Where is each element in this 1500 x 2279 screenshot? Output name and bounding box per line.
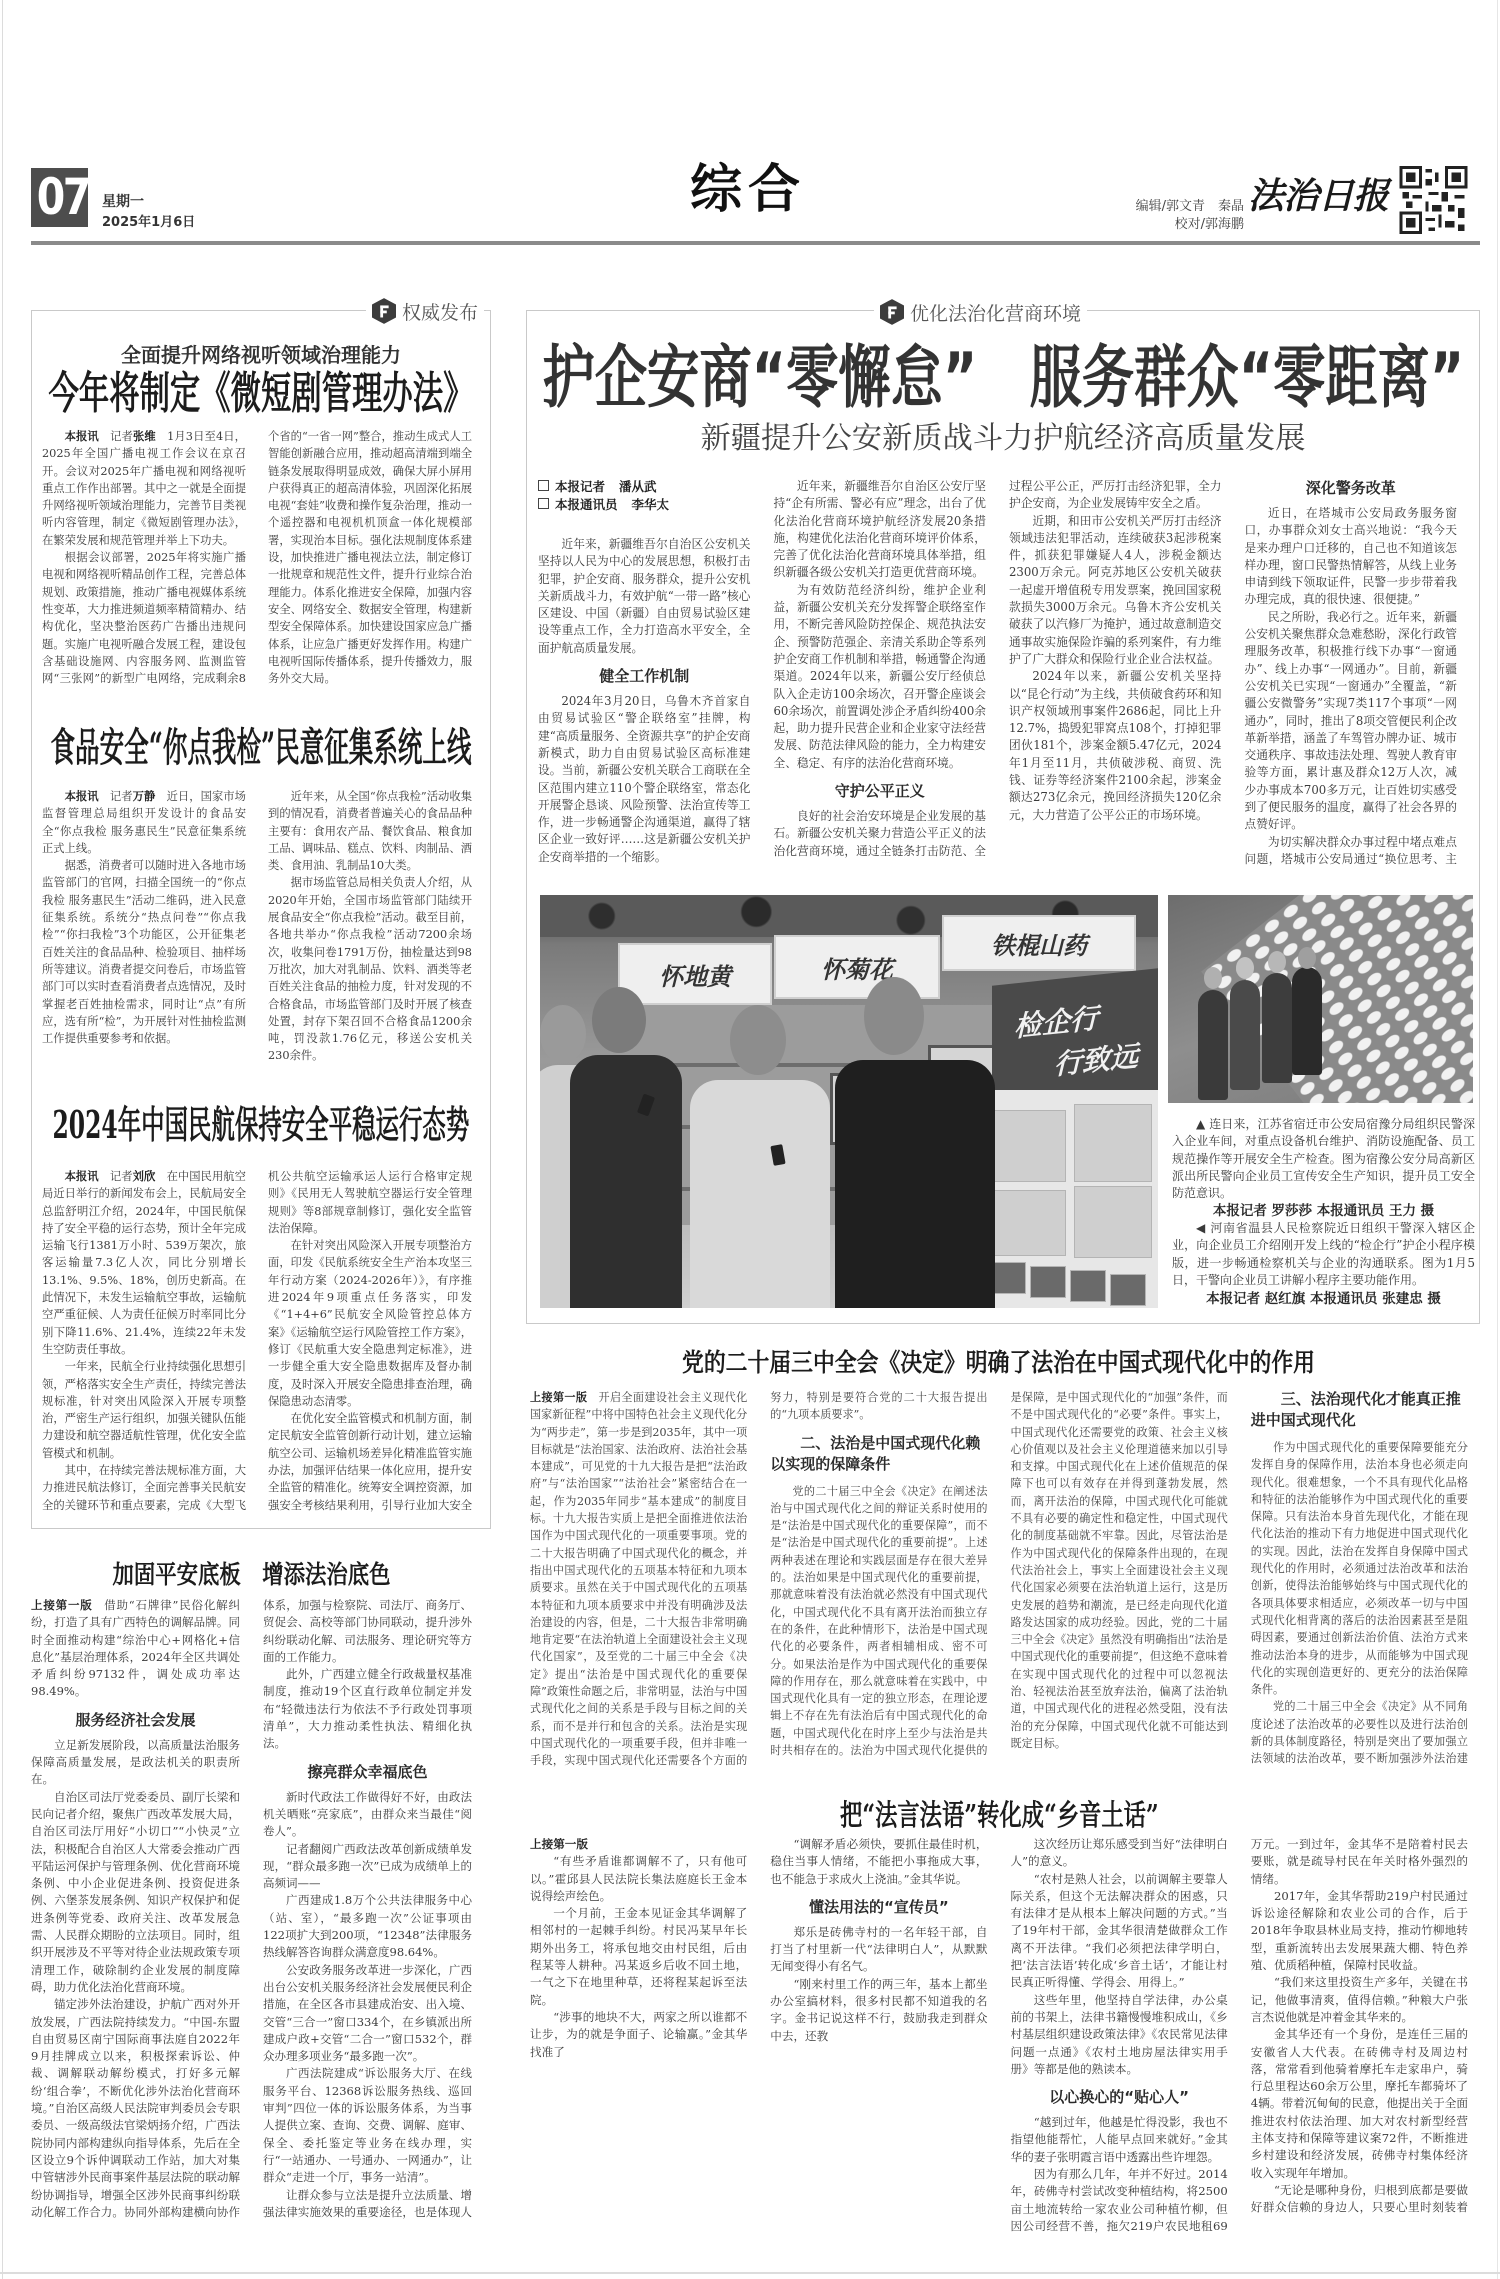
poster-button (1070, 1270, 1106, 1302)
caption-text: 连日来，江苏省宿迁市公安局宿豫分局组织民警深入企业车间，对重点设备机台维护、消防… (1172, 1117, 1475, 1200)
article-d-headline: 加固平安底板 增添法治底色 (31, 1560, 472, 1590)
feature-body: 本报记者潘从武 本报通讯员李华太 近年来，新疆维吾尔自治区公安机关坚持以人民为中… (538, 478, 1457, 882)
feature-subtitle: 新疆提升公安新质战斗力护航经济高质量发展 (526, 422, 1480, 456)
paragraph: 上接第一版借助“石牌律”民俗化解纠纷，打造了具有广西特色的调解品牌。同时全面推动… (31, 1597, 240, 1701)
weekday: 星期一 (102, 191, 144, 211)
paragraph: 郑乐是砖佛寺村的一名年轻干部，自打当了村里新一代“法律明白人”，从默默无闻变得小… (770, 1924, 987, 1976)
paragraph-text: 在中国民用航空局近日举行的新闻发布会上，民航局安全总监舒明江介绍，2024年，中… (42, 1170, 246, 1356)
photo-police-factory-inspection (1168, 895, 1473, 1103)
header-rule (31, 241, 1480, 245)
subheading: 以心换心的“贴心人” (1011, 2087, 1228, 2107)
photo-prosecutors-with-employees: 怀地黄 怀菊花 铁棍山药 检企行 行致远 (540, 895, 1158, 1308)
poster-panel (994, 1190, 1066, 1256)
paragraph: 本报讯记者万静近日，国家市场监督管理总局组织开发设计的食品安全“你点我检 服务惠… (42, 788, 246, 857)
article-c-headline: 2024年中国民航保持安全平稳运行态势 (31, 1103, 491, 1147)
dateline: 本报讯 (65, 1170, 99, 1183)
editor-credit: 编辑/郭文青 秦晶 (1080, 195, 1244, 214)
paragraph: 近年来，从全国“你点我检”活动收集到的情况看，消费者普遍关心的食品品种主要有：食… (268, 788, 472, 874)
paragraph: “调解矛盾必须快，要抓住最佳时机，稳住当事人情绪，不能把小事拖成大事，也不能急于… (770, 1836, 987, 1888)
paragraph: “我们来这里投资生产多年，关键在书记，他做事清爽，值得信赖。”种粮大户张言杰说他… (1251, 1974, 1468, 2026)
paragraph: 自治区司法厅党委委员、副厅长梁和民向记者介绍，聚焦广西改革发展大局，自治区司法厅… (31, 1789, 240, 1997)
paragraph: 这些年里，他坚持自学法律，办公桌前的书架上，法律书籍慢慢堆积成山，《乡村基层组织… (1011, 1992, 1228, 2078)
byline-label: 本报记者 (555, 479, 605, 494)
spacer (538, 514, 751, 536)
paragraph: 作为中国式现代化的重要保障要能充分发挥自身的保障作用，法治本身也必须走向现代化。… (1251, 1439, 1468, 1698)
article-g-headline: 把“法言法语”转化成“乡音土话” (530, 1798, 1468, 1832)
feature-headline: 护企安商“零懈怠” 服务群众“零距离” (526, 341, 1480, 417)
paragraph: 2017年，金其华帮助219户村民通过诉讼途径解除和农业公司的合作，后于2018… (1251, 1888, 1468, 1974)
photo-credit-2: 本报记者 赵红旗 本报通讯员 张建忠 摄 (1172, 1287, 1475, 1307)
paragraph: 上接第一版 (530, 1836, 747, 1853)
article-a-subtitle-text: 全面提升网络视听领域治理能力 (121, 343, 401, 367)
poster-button (1030, 1266, 1066, 1298)
article-b-headline-text: 食品安全“你点我检”民意征集系统上线 (51, 725, 472, 771)
subheading: 擦亮群众幸福底色 (263, 1762, 472, 1782)
arrow-up-icon: ▲ (1196, 1117, 1205, 1131)
page-border-right (1497, 0, 1498, 2279)
qr-code-icon (1399, 166, 1468, 234)
article-d-body: 上接第一版借助“石牌律”民俗化解纠纷，打造了具有广西特色的调解品牌。同时全面推动… (31, 1597, 472, 2233)
paragraph: 2024年3月20日，乌鲁木齐首家自由贸易试验区“警企联络室”挂牌，构建“高质量… (538, 693, 751, 866)
person-figure (570, 1055, 682, 1308)
person-figure (690, 1080, 830, 1308)
photo-sign-text: 铁棍山药 (991, 926, 1087, 961)
issue-date: 2025年1月6日 (102, 211, 195, 230)
paragraph: 公安政务服务改革进一步深化，广西出台公安机关服务经济社会发展便民利企措施，在全区… (263, 1962, 472, 2066)
page-number-badge: 07 (31, 168, 88, 227)
person-head (1236, 957, 1254, 979)
article-a-subtitle: 全面提升网络视听领域治理能力 (31, 343, 491, 367)
paragraph: 在针对突出风险深入开展专项整治方面，印发《民航系统安全生产治本攻坚三年行动方案（… (268, 1237, 472, 1410)
poster-line: 行致远 (1054, 1034, 1138, 1083)
photo-sign-text: 怀地黄 (659, 957, 731, 992)
proofreader-credit: 校对/郭海鹏 (1080, 213, 1244, 232)
paragraph-text: 借助“石牌律”民俗化解纠纷，打造了具有广西特色的调解品牌。同时全面推动构建“综治… (31, 1598, 240, 1698)
photo-credit-1: 本报记者 罗莎莎 本报通讯员 王力 摄 (1172, 1199, 1475, 1219)
page-border-bottom (0, 2272, 1500, 2274)
newspaper-page: 07 星期一 2025年1月6日 综合 编辑/郭文青 秦晶 校对/郭海鹏 法治日… (0, 0, 1500, 2279)
paragraph: 近期，和田市公安机关严厉打击经济领域违法犯罪活动，连续破获3起涉税案件，抓获犯罪… (1009, 513, 1222, 669)
photo-poster-board (978, 1090, 1158, 1308)
dateline: 本报讯 (65, 790, 99, 803)
feature-kicker: 优化法治化营商环境 (874, 299, 1087, 325)
person-head (1204, 967, 1222, 989)
paragraph: 广西法院建成“诉讼服务大厅、在线服务平台、12368诉讼服务热线、巡回审判”四位… (263, 2065, 472, 2186)
person-head (540, 1005, 586, 1063)
square-bullet-icon (538, 480, 549, 491)
continued-from-label: 上接第一版 (530, 1391, 587, 1404)
paragraph: 此外，广西建立健全行政裁量权基准制度，推动19个区直行政单位制定并发布“轻微违法… (263, 1666, 472, 1752)
person-figure (1292, 967, 1322, 1075)
poster-panel (1074, 1186, 1152, 1258)
article-b-body: 本报讯记者万静近日，国家市场监督管理总局组织开发设计的食品安全“你点我检 服务惠… (42, 788, 472, 1068)
paragraph: 这次经历让郑乐感受到当好“法律明白人”的意义。 (1011, 1836, 1228, 1871)
dateline: 本报讯 (65, 430, 99, 443)
paragraph: 广西建成1.8万个公共法律服务中心（站、室），“最多跑一次”公证事项由122项扩… (263, 1892, 472, 1961)
person-head (592, 987, 646, 1053)
article-g-headline-text: 把“法言法语”转化成“乡音土话” (840, 1798, 1159, 1832)
poster-line: 检企行 (1014, 997, 1098, 1046)
photo-sign: 怀地黄 (618, 943, 772, 1005)
paragraph: 为有效防范经济纠纷，维护企业利益，新疆公安机关充分发挥警企联络室作用，不断完善风… (774, 582, 987, 772)
article-d-headline-text: 加固平安底板 增添法治底色 (112, 1560, 390, 1590)
person-head (730, 1005, 786, 1075)
subheading: 三、法治现代化才能真正推进中国式现代化 (1251, 1389, 1468, 1431)
person-figure (1230, 980, 1260, 1090)
byline-name: 潘从武 (619, 479, 657, 494)
paragraph: 立足新发展阶段，以高质量法治服务保障高质量发展，是政法机关的职责所在。 (31, 1737, 240, 1789)
hexagon-f-logo-icon (372, 298, 396, 324)
subheading: 懂法用法的“宣传员” (770, 1897, 987, 1917)
byline-reporter: 本报记者潘从武 (538, 478, 751, 496)
article-f-headline: 党的二十届三中全会《决定》明确了法治在中国式现代化中的作用 (530, 1348, 1468, 1378)
photo-sign: 铁棍山药 (942, 915, 1136, 971)
paragraph: “刚来村里工作的两三年，基本上都坐办公室搞材料，很多村民都不知道我的名字。金书记… (770, 1976, 987, 2045)
article-a-body: 本报讯记者张维1月3日至4日，2025年全国广播电视工作会议在京召开。会议对20… (42, 428, 472, 690)
poster-button (990, 1262, 1026, 1294)
feature-headline-text: 护企安商“零懈怠” 服务群众“零距离” (542, 341, 1464, 417)
person-figure (1262, 973, 1292, 1083)
subheading: 健全工作机制 (538, 666, 751, 686)
caption-text: 河南省温县人民检察院近日组织干警深入辖区企业，向企业员工介绍刚开发上线的“检企行… (1172, 1221, 1475, 1287)
article-g-body: 上接第一版 “有些矛盾谁都调解不了，只有他可以。”霍邱县人民法院长集法庭庭长王金… (530, 1836, 1468, 2236)
reporter-name: 刘欣 (133, 1170, 156, 1183)
reporter-label: 记者 (110, 430, 133, 443)
paragraph: 新时代政法工作做得好不好，由政法机关晒账“亮家底”，由群众来当最佳“阅卷人”。 (263, 1789, 472, 1841)
person-figure (1198, 990, 1228, 1100)
article-b-headline: 食品安全“你点我检”民意征集系统上线 (31, 725, 491, 771)
reporter-label: 记者 (110, 790, 133, 803)
paragraph: 近年来，新疆维吾尔自治区公安机关坚持以人民为中心的发展思想，积极打击犯罪，护企安… (538, 536, 751, 657)
page-number: 07 (37, 168, 89, 227)
continued-from-label: 上接第一版 (530, 1837, 588, 1851)
poster-panel (1074, 1104, 1152, 1182)
person-head (1298, 947, 1316, 969)
byline-name: 李华太 (632, 497, 670, 512)
paragraph: 据悉，消费者可以随时进入各地市场监管部门的官网，扫描全国统一的“你点我检 服务惠… (42, 857, 246, 1047)
subheading: 二、法治是中国式现代化赖以实现的保障条件 (770, 1433, 987, 1475)
paragraph: 金其华还有一个身份，是连任三届的安徽省人大代表。在砖佛寺村及周边村落，常常看到他… (1251, 2026, 1468, 2182)
paragraph: 一年来，民航全行业持续强化思想引领，严格落实安全生产责任，持续完善法规标准，针对… (42, 1358, 246, 1462)
paragraph: 近日，在塔城市公安局政务服务窗口，办事群众刘女士高兴地说：“我今天是来办理户口迁… (1245, 505, 1458, 609)
masthead-logo: 法治日报 (1248, 166, 1388, 226)
article-f-headline-text: 党的二十届三中全会《决定》明确了法治在中国式现代化中的作用 (682, 1348, 1315, 1378)
page-border-left (2, 0, 3, 2279)
paragraph: “农村是熟人社会，以前调解主要靠人际关系，但这个无法解决群众的困惑，只有法律才是… (1011, 1871, 1228, 1992)
subheading: 守护公平正义 (774, 781, 987, 801)
reporter-name: 张维 (133, 430, 156, 443)
byline-correspondent: 本报通讯员李华太 (538, 496, 751, 514)
article-a-headline: 今年将制定《微短剧管理办法》 (31, 369, 491, 419)
paragraph: 本报讯记者刘欣在中国民用航空局近日举行的新闻发布会上，民航局安全总监舒明江介绍，… (42, 1168, 246, 1358)
arrow-left-icon: ◀ (1196, 1221, 1206, 1235)
reporter-label: 记者 (110, 1170, 133, 1183)
paragraph: 近年来，新疆维吾尔自治区公安厅坚持“企有所需、警必有应”理念，出台了优化法治化营… (774, 478, 987, 582)
poster-panel (994, 1110, 1066, 1182)
feature-kicker-label: 优化法治化营商环境 (910, 299, 1081, 326)
feature-subtitle-text: 新疆提升公安新质战斗力护航经济高质量发展 (701, 422, 1306, 456)
poster-button (1110, 1274, 1146, 1306)
photo-caption-1: ▲ 连日来，江苏省宿迁市公安局宿豫分局组织民警深入企业车间，对重点设备机台维护、… (1172, 1116, 1475, 1202)
paragraph: 2024年以来，新疆公安机关坚持以“昆仑行动”为主线，共侦破食药环和知识产权领域… (1009, 668, 1222, 824)
reporter-name: 万静 (133, 790, 156, 803)
subheading: 深化警务改革 (1245, 478, 1458, 498)
square-bullet-icon (538, 498, 549, 509)
paragraph: “有些矛盾谁都调解不了，只有他可以。”霍邱县人民法院长集法庭庭长王金本说得绘声绘… (530, 1853, 747, 1905)
paragraph: 本报讯记者张维1月3日至4日，2025年全国广播电视工作会议在京召开。会议对20… (42, 428, 246, 549)
section-title: 综合 (690, 158, 806, 222)
left-kicker-label: 权威发布 (402, 298, 478, 325)
left-kicker: 权威发布 (366, 298, 484, 324)
paragraph: “越到过年，他越是忙得没影，我也不指望他能帮忙，人能早点回来就好。”金其华的妻子… (1011, 2114, 1228, 2166)
paragraph: 记者翻阅广西政法改革创新成绩单发现，“群众最多跑一次”已成为成绩单上的高频词—— (263, 1841, 472, 1893)
hexagon-f-logo-icon (880, 299, 904, 325)
byline-label: 本报通讯员 (555, 497, 618, 512)
photo-caption-2: ◀ 河南省温县人民检察院近日组织干警深入辖区企业，向企业员工介绍刚开发上线的“检… (1172, 1220, 1475, 1289)
article-a-headline-text: 今年将制定《微短剧管理办法》 (49, 369, 474, 419)
person-head (1268, 951, 1286, 973)
article-f-body: 上接第一版开启全面建设社会主义现代化国家新征程”中将中国特色社会主义现代化分为“… (530, 1389, 1468, 1771)
subheading: 服务经济社会发展 (31, 1710, 240, 1730)
paragraph: 民之所盼，我必行之。近年来，新疆公安机关聚焦群众急难愁盼，深化行政管理服务改革，… (1245, 609, 1458, 834)
article-c-headline-text: 2024年中国民航保持安全平稳运行态势 (53, 1103, 470, 1147)
continued-from-label: 上接第一版 (31, 1598, 93, 1612)
paragraph: 一个月前，王金本见证金其华调解了相邻村的一起棘手纠纷。村民冯某早年长期外出务工，… (530, 1905, 747, 2009)
paragraph: “涉事的地块不大，两家之所以谁都不让步，为的就是争面子、论输赢。”金其华找准了 (530, 2009, 747, 2061)
person-figure (835, 1060, 995, 1308)
paragraph-text: 1月3日至4日，2025年全国广播电视工作会议在京召开。会议对2025年广播电视… (42, 430, 246, 547)
paragraph: 据市场监管总局相关负责人介绍，从2020年开始，全国市场监管部门陆续开展食品安全… (268, 874, 472, 1064)
person-head (864, 977, 924, 1055)
article-c-body: 本报讯记者刘欣在中国民用航空局近日举行的新闻发布会上，民航局安全总监舒明江介绍，… (42, 1168, 472, 1516)
